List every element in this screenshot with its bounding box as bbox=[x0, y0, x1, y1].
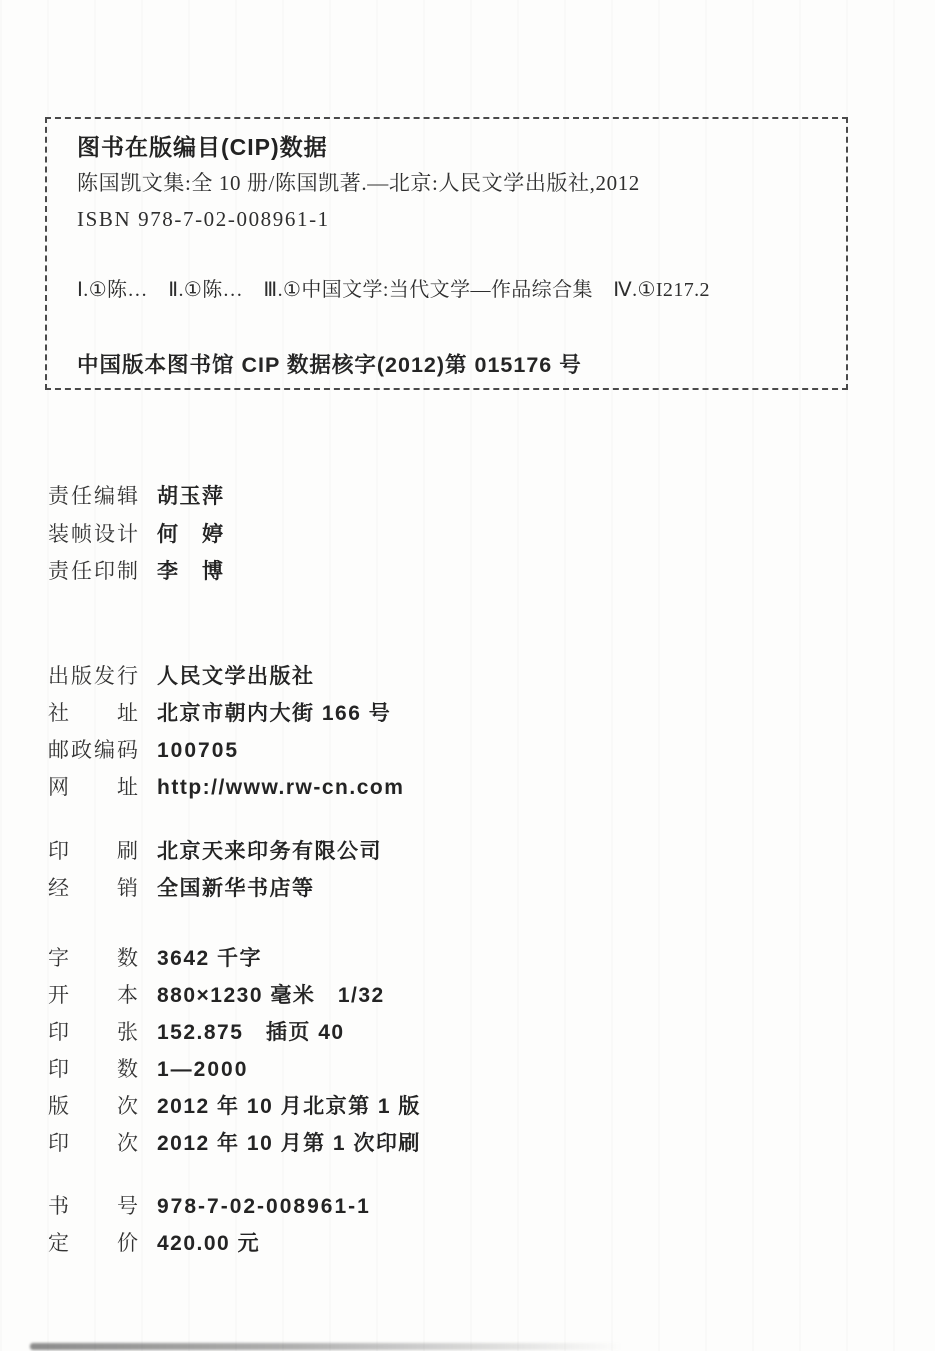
row-price: 定价420.00 元 bbox=[48, 1225, 371, 1262]
row-label: 责任编辑 bbox=[48, 478, 138, 516]
row-label: 字数 bbox=[48, 940, 138, 977]
row-edition: 版次2012 年 10 月北京第 1 版 bbox=[48, 1088, 421, 1125]
row-printed-sheets: 印张152.875 插页 40 bbox=[48, 1014, 421, 1051]
row-label: 书号 bbox=[48, 1188, 138, 1225]
row-label: 印数 bbox=[48, 1051, 138, 1088]
row-label: 开本 bbox=[48, 977, 138, 1014]
cip-data-box: 图书在版编目(CIP)数据 陈国凯文集:全 10 册/陈国凯著.—北京:人民文学… bbox=[45, 117, 848, 390]
row-label: 出版发行 bbox=[48, 658, 138, 695]
credits-section: 责任编辑胡玉萍 装帧设计何 婷 责任印制李 博 bbox=[48, 478, 225, 591]
row-publisher: 出版发行人民文学出版社 bbox=[48, 658, 404, 695]
row-value: 人民文学出版社 bbox=[157, 658, 315, 695]
copyright-page: 图书在版编目(CIP)数据 陈国凯文集:全 10 册/陈国凯著.—北京:人民文学… bbox=[0, 0, 935, 1351]
row-value: 152.875 插页 40 bbox=[157, 1014, 345, 1051]
row-label: 印次 bbox=[48, 1125, 138, 1162]
row-binding-design: 装帧设计何 婷 bbox=[48, 516, 225, 554]
cip-title: 图书在版编目(CIP)数据 bbox=[77, 129, 818, 165]
row-label: 版次 bbox=[48, 1088, 138, 1125]
row-label: 装帧设计 bbox=[48, 516, 138, 554]
row-impression: 印次2012 年 10 月第 1 次印刷 bbox=[48, 1125, 421, 1162]
cip-classification-line: Ⅰ.①陈… Ⅱ.①陈… Ⅲ.①中国文学:当代文学—作品综合集 Ⅳ.①I217.2 bbox=[77, 272, 818, 308]
row-label: 邮政编码 bbox=[48, 732, 138, 769]
row-value: 2012 年 10 月北京第 1 版 bbox=[157, 1088, 421, 1125]
row-word-count: 字数3642 千字 bbox=[48, 940, 421, 977]
row-print-supervisor: 责任印制李 博 bbox=[48, 553, 225, 591]
row-value: 北京市朝内大街 166 号 bbox=[157, 695, 391, 732]
cip-isbn-line: ISBN 978-7-02-008961-1 bbox=[77, 201, 818, 237]
row-label: 网址 bbox=[48, 769, 138, 806]
row-responsible-editor: 责任编辑胡玉萍 bbox=[48, 478, 225, 516]
row-value: 880×1230 毫米 1/32 bbox=[157, 977, 385, 1014]
row-book-number: 书号978-7-02-008961-1 bbox=[48, 1188, 371, 1225]
row-value: 100705 bbox=[157, 732, 239, 769]
row-value: 3642 千字 bbox=[157, 940, 262, 977]
row-label: 经销 bbox=[48, 870, 138, 907]
printing-section: 印刷北京天来印务有限公司 经销全国新华书店等 bbox=[48, 833, 382, 907]
row-label: 印刷 bbox=[48, 833, 138, 870]
row-value: 全国新华书店等 bbox=[157, 870, 315, 907]
cip-description-line: 陈国凯文集:全 10 册/陈国凯著.—北京:人民文学出版社,2012 bbox=[77, 165, 818, 201]
row-value: 1—2000 bbox=[157, 1051, 248, 1088]
row-format: 开本880×1230 毫米 1/32 bbox=[48, 977, 421, 1014]
specs-section: 字数3642 千字 开本880×1230 毫米 1/32 印张152.875 插… bbox=[48, 940, 421, 1162]
row-label: 定价 bbox=[48, 1225, 138, 1262]
cip-registry-line: 中国版本图书馆 CIP 数据核字(2012)第 015176 号 bbox=[77, 347, 818, 383]
row-value: 978-7-02-008961-1 bbox=[157, 1188, 371, 1225]
publishing-section: 出版发行人民文学出版社 社址北京市朝内大街 166 号 邮政编码100705 网… bbox=[48, 658, 404, 806]
row-value: 李 博 bbox=[157, 553, 225, 591]
row-value: http://www.rw-cn.com bbox=[157, 769, 404, 806]
row-label: 社址 bbox=[48, 695, 138, 732]
row-postal-code: 邮政编码100705 bbox=[48, 732, 404, 769]
row-printer: 印刷北京天来印务有限公司 bbox=[48, 833, 382, 870]
row-distributor: 经销全国新华书店等 bbox=[48, 870, 382, 907]
row-label: 印张 bbox=[48, 1014, 138, 1051]
row-address: 社址北京市朝内大街 166 号 bbox=[48, 695, 404, 732]
row-print-run: 印数1—2000 bbox=[48, 1051, 421, 1088]
row-value: 胡玉萍 bbox=[157, 478, 225, 516]
pricing-section: 书号978-7-02-008961-1 定价420.00 元 bbox=[48, 1188, 371, 1262]
row-value: 420.00 元 bbox=[157, 1225, 260, 1262]
row-value: 2012 年 10 月第 1 次印刷 bbox=[157, 1125, 421, 1162]
row-value: 北京天来印务有限公司 bbox=[157, 833, 382, 870]
scan-edge-artifact bbox=[30, 1343, 622, 1350]
row-value: 何 婷 bbox=[157, 516, 225, 554]
row-website: 网址http://www.rw-cn.com bbox=[48, 769, 404, 806]
row-label: 责任印制 bbox=[48, 553, 138, 591]
